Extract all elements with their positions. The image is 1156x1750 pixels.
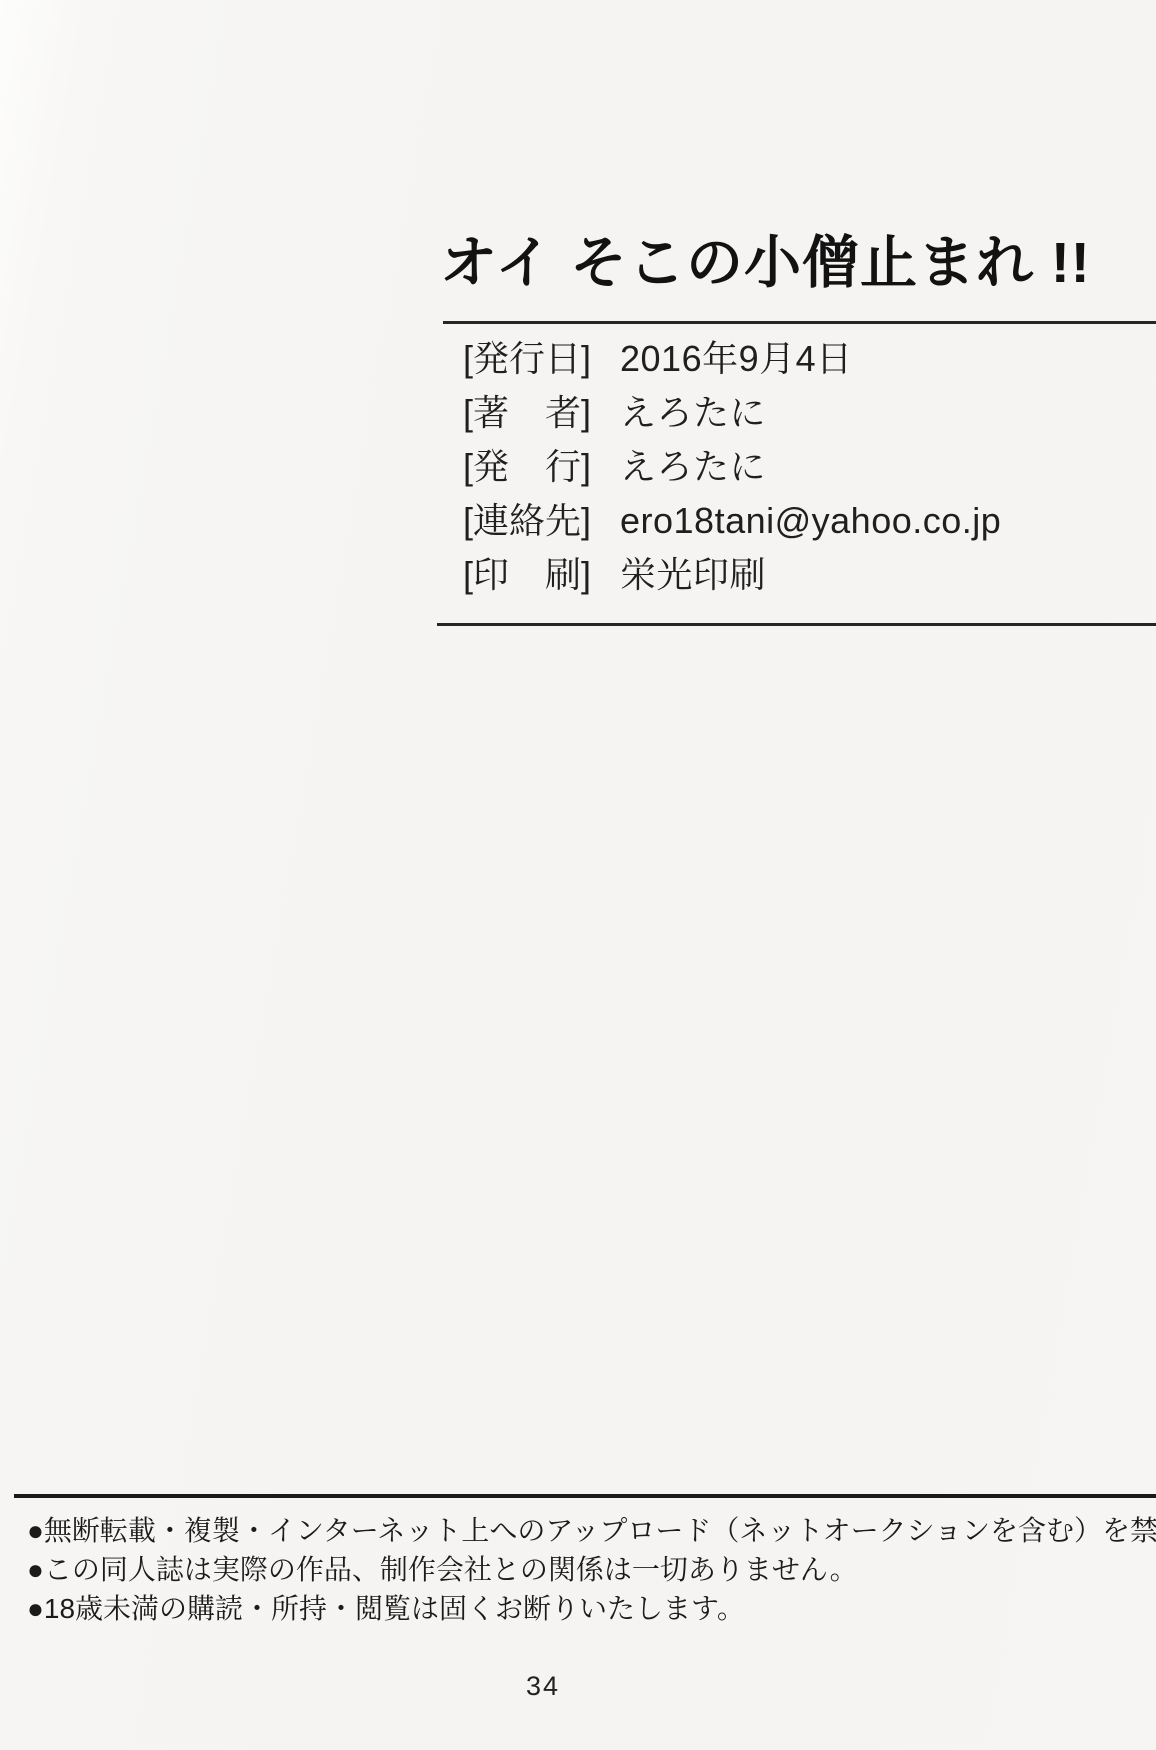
credits-divider-line	[437, 623, 1156, 626]
colophon-credits: [発行日] 2016年9月4日 [著 者] えろたに [発 行] えろたに [連…	[463, 341, 1001, 611]
credit-label: [連絡先]	[463, 503, 620, 539]
disclaimer-notices: ●無断転載・複製・インターネット上へのアップロード（ネットオークションを含む）を…	[27, 1511, 1156, 1628]
credit-value: えろたに	[620, 449, 766, 485]
credit-row-contact: [連絡先] ero18tani@yahoo.co.jp	[463, 503, 1001, 539]
disclaimer-line-no-reproduction: ●無断転載・複製・インターネット上へのアップロード（ネットオークションを含む）を…	[27, 1511, 1156, 1550]
credit-value-email: ero18tani@yahoo.co.jp	[620, 503, 1001, 539]
credit-value: 栄光印刷	[620, 557, 766, 593]
credit-row-publish-date: [発行日] 2016年9月4日	[463, 341, 1001, 377]
credit-value: えろたに	[620, 395, 766, 431]
page-number: 34	[526, 1671, 560, 1702]
disclaimer-line-no-affiliation: ●この同人誌は実際の作品、制作会社との関係は一切ありません。	[27, 1550, 1156, 1589]
book-title: オイ そこの小僧止まれ !!	[440, 231, 1091, 297]
scanned-colophon-page: オイ そこの小僧止まれ !! [発行日] 2016年9月4日 [著 者] えろた…	[0, 0, 1156, 1750]
credit-row-publisher: [発 行] えろたに	[463, 449, 1001, 485]
credit-label: [発行日]	[463, 341, 620, 377]
credit-label: [印 刷]	[463, 557, 620, 593]
disclaimer-line-adults-only: ●18歳未満の購読・所持・閲覧は固くお断りいたします。	[27, 1589, 1156, 1628]
credit-row-author: [著 者] えろたに	[463, 395, 1001, 431]
credit-value: 2016年9月4日	[620, 341, 853, 377]
credit-row-printer: [印 刷] 栄光印刷	[463, 557, 1001, 593]
footer-divider-line	[14, 1494, 1156, 1498]
title-divider-line	[443, 321, 1156, 324]
credit-label: [発 行]	[463, 449, 620, 485]
credit-label: [著 者]	[463, 395, 620, 431]
